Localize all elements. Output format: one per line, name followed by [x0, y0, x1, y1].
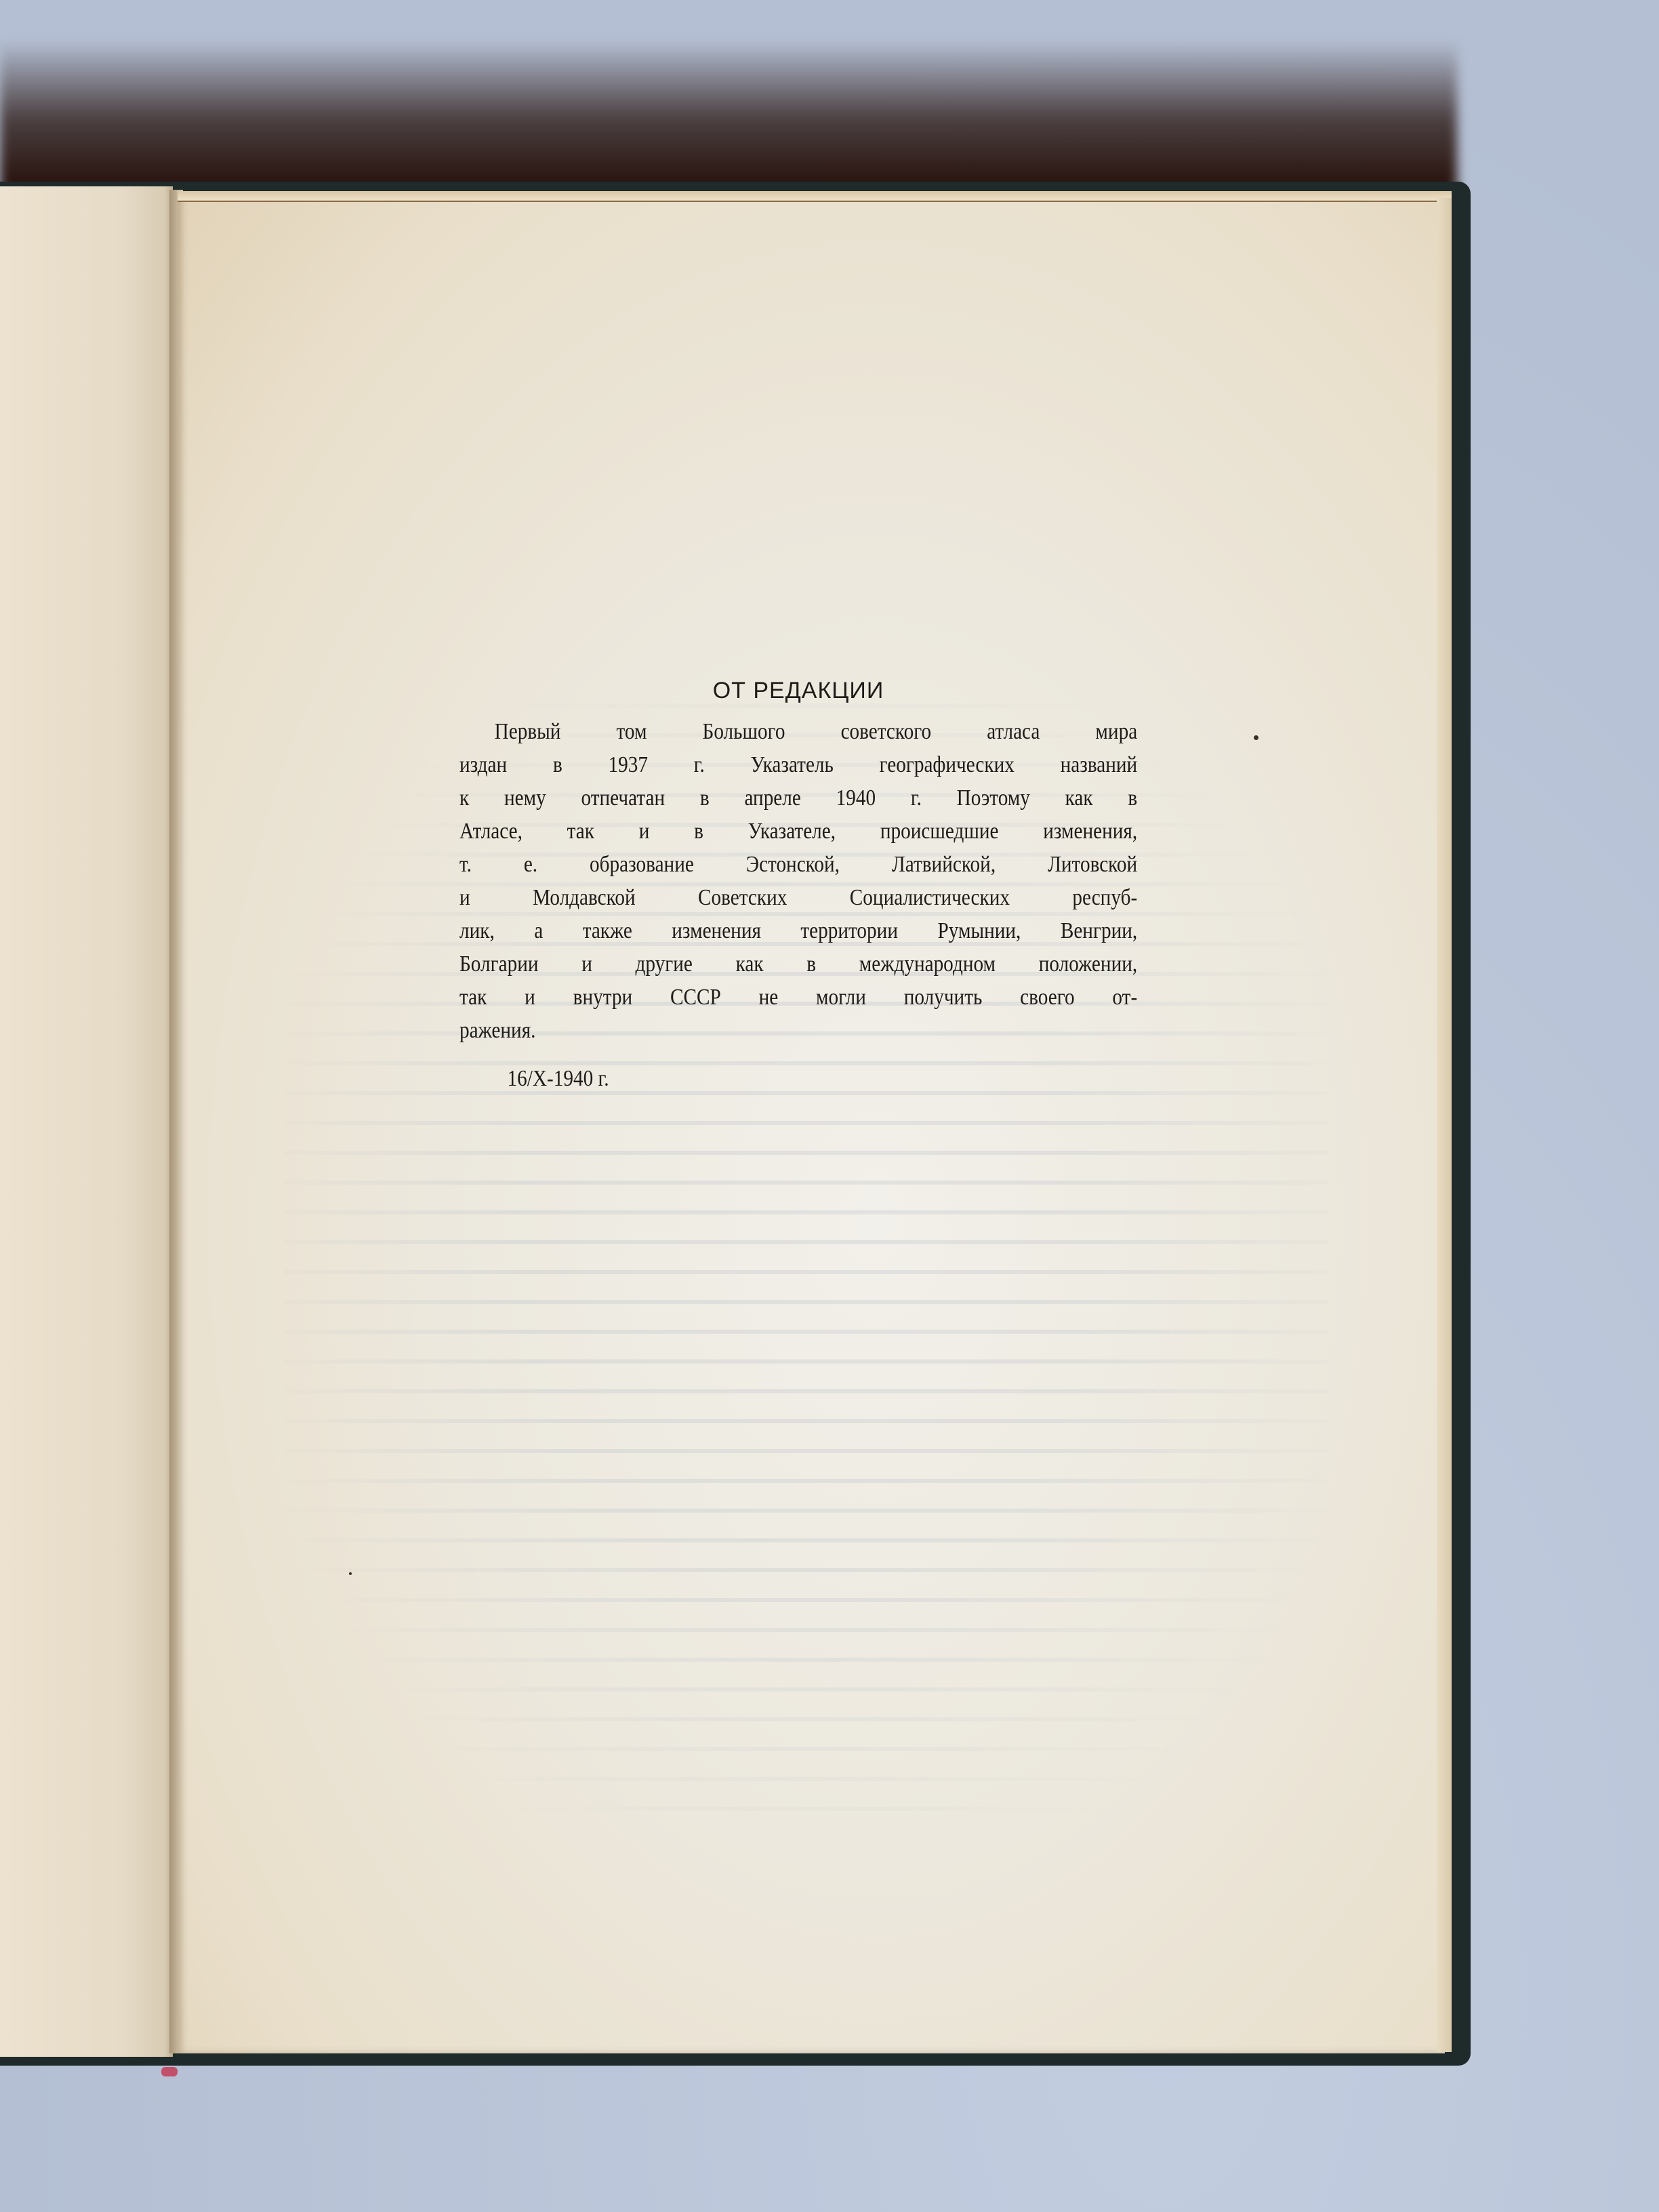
paragraph-line: ражения. [459, 1014, 1137, 1047]
page-edge-right [1437, 198, 1452, 2052]
binding-thread [161, 2067, 178, 2076]
paragraph-line: Атласе, так и в Указателе, происшедшие и… [459, 815, 1137, 848]
paragraph-line: т. е. образование Эстонской, Латвийской,… [459, 848, 1137, 881]
paragraph-line: так и внутри СССР не могли получить свое… [459, 981, 1137, 1014]
left-page [0, 186, 173, 2057]
editorial-note: ОТ РЕДАКЦИИ Первый том Большого советско… [459, 678, 1137, 1092]
paper-speck [349, 1572, 352, 1575]
paragraph-line: к нему отпечатан в апреле 1940 г. Поэтом… [459, 781, 1137, 815]
date-line: 16/X-1940 г. [459, 1066, 1042, 1092]
page-title: ОТ РЕДАКЦИИ [459, 678, 1137, 704]
paragraph-line: лик, а также изменения территории Румыни… [459, 914, 1137, 947]
paragraph-line: Первый том Большого советского атласа ми… [459, 715, 1137, 748]
page-edge-top [178, 191, 1452, 202]
paragraph-line: и Молдавской Советских Социалистических … [459, 881, 1137, 914]
paragraph-line: Болгарии и другие как в международном по… [459, 947, 1137, 981]
paragraph-line: издан в 1937 г. Указатель географических… [459, 748, 1137, 781]
editorial-paragraph: Первый том Большого советского атласа ми… [459, 715, 1137, 1047]
right-page [178, 197, 1445, 2053]
paper-speck [1254, 735, 1258, 740]
